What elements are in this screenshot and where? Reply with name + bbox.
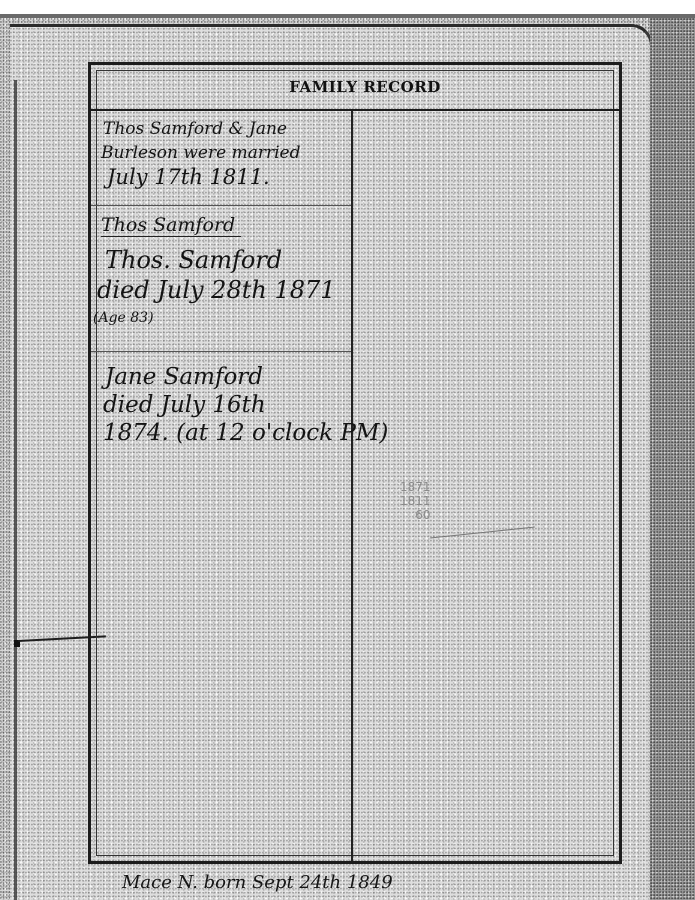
entry-line: Thos Samford & Jane [103, 119, 287, 139]
age-note: (Age 83) [93, 310, 154, 326]
entry-line: July 17th 1811. [107, 165, 270, 189]
binding-thread [14, 80, 17, 900]
death-entry-thomas: Thos Samford Thos. Samford died July 28t… [91, 205, 351, 350]
entry-line: died July 28th 1871 [97, 276, 336, 304]
entry-line: Thos. Samford [105, 246, 282, 274]
column-divider [351, 111, 353, 861]
scan-margin [0, 0, 695, 14]
pencil-calculation: 1871 1811 60 [400, 480, 431, 522]
entry-line: 1874. (at 12 o'clock PM) [103, 420, 388, 446]
entry-line: Jane Samford [105, 364, 263, 390]
pencil-line: 1871 [400, 480, 431, 494]
family-record-frame: FAMILY RECORD Thos Samford & Jane Burles… [88, 62, 622, 864]
entry-line: died July 16th [103, 392, 266, 418]
footer-handwritten-note: Mace N. born Sept 24th 1849 [122, 872, 393, 893]
signature: Thos Samford [101, 214, 241, 237]
pencil-line: 60 [400, 508, 431, 522]
page-title: FAMILY RECORD [269, 78, 440, 96]
marriage-entry: Thos Samford & Jane Burleson were marrie… [91, 113, 351, 203]
entry-line: Burleson were married [101, 143, 300, 163]
pencil-line: 1811 [400, 494, 431, 508]
left-column: Thos Samford & Jane Burleson were marrie… [91, 111, 351, 861]
page-edge-shadow [650, 18, 695, 900]
title-bar: FAMILY RECORD [91, 65, 619, 111]
death-entry-jane: Jane Samford died July 16th 1874. (at 12… [91, 351, 351, 462]
